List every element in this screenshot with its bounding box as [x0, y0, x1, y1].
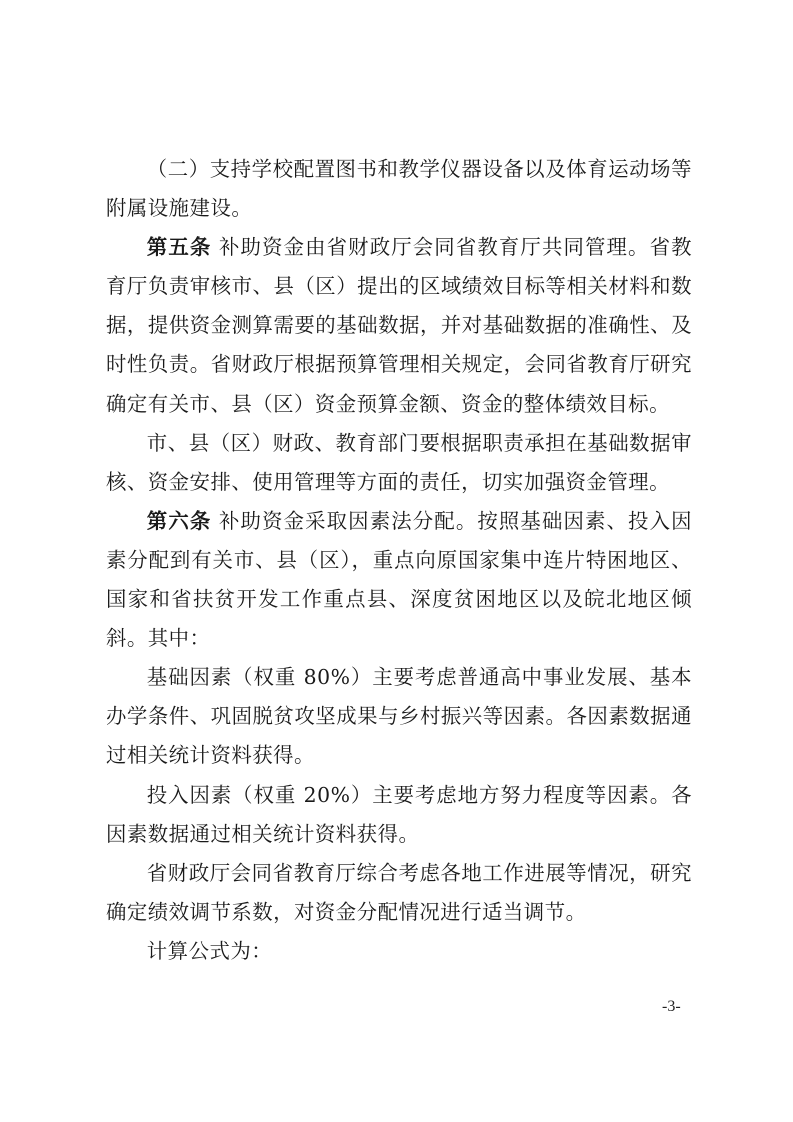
paragraph-text: 市、县（区）财政、教育部门要根据职责承担在基础数据审核、资金安排、使用管理等方面… — [106, 431, 692, 494]
article-heading: 第五条 — [147, 235, 212, 259]
paragraph-support-facilities: （二）支持学校配置图书和教学仪器设备以及体育运动场等附属设施建设。 — [106, 150, 692, 228]
paragraph-formula-intro: 计算公式为： — [106, 932, 692, 971]
paragraph-text: 计算公式为： — [147, 939, 272, 963]
paragraph-article-5: 第五条 补助资金由省财政厅会同省教育厅共同管理。省教育厅负责审核市、县（区）提出… — [106, 228, 692, 423]
paragraph-text: （二）支持学校配置图书和教学仪器设备以及体育运动场等附属设施建设。 — [106, 157, 692, 220]
paragraph-adjustment: 省财政厅会同省教育厅综合考虑各地工作进展等情况，研究确定绩效调节系数，对资金分配… — [106, 854, 692, 932]
paragraph-text: 省财政厅会同省教育厅综合考虑各地工作进展等情况，研究确定绩效调节系数，对资金分配… — [106, 861, 692, 924]
paragraph-text: 基础因素（权重 80%）主要考虑普通高中事业发展、基本办学条件、巩固脱贫攻坚成果… — [106, 665, 692, 767]
article-heading: 第六条 — [147, 509, 212, 533]
paragraph-article-6: 第六条 补助资金采取因素法分配。按照基础因素、投入因素分配到有关市、县（区），重… — [106, 502, 692, 658]
paragraph-basic-factor: 基础因素（权重 80%）主要考虑普通高中事业发展、基本办学条件、巩固脱贫攻坚成果… — [106, 658, 692, 775]
paragraph-text: 投入因素（权重 20%）主要考虑地方努力程度等因素。各因素数据通过相关统计资料获… — [106, 783, 692, 846]
paragraph-local-responsibility: 市、县（区）财政、教育部门要根据职责承担在基础数据审核、资金安排、使用管理等方面… — [106, 424, 692, 502]
document-body: （二）支持学校配置图书和教学仪器设备以及体育运动场等附属设施建设。 第五条 补助… — [106, 150, 692, 971]
page-number: -3- — [662, 998, 681, 1016]
paragraph-input-factor: 投入因素（权重 20%）主要考虑地方努力程度等因素。各因素数据通过相关统计资料获… — [106, 776, 692, 854]
paragraph-text: 补助资金由省财政厅会同省教育厅共同管理。省教育厅负责审核市、县（区）提出的区域绩… — [106, 235, 692, 415]
